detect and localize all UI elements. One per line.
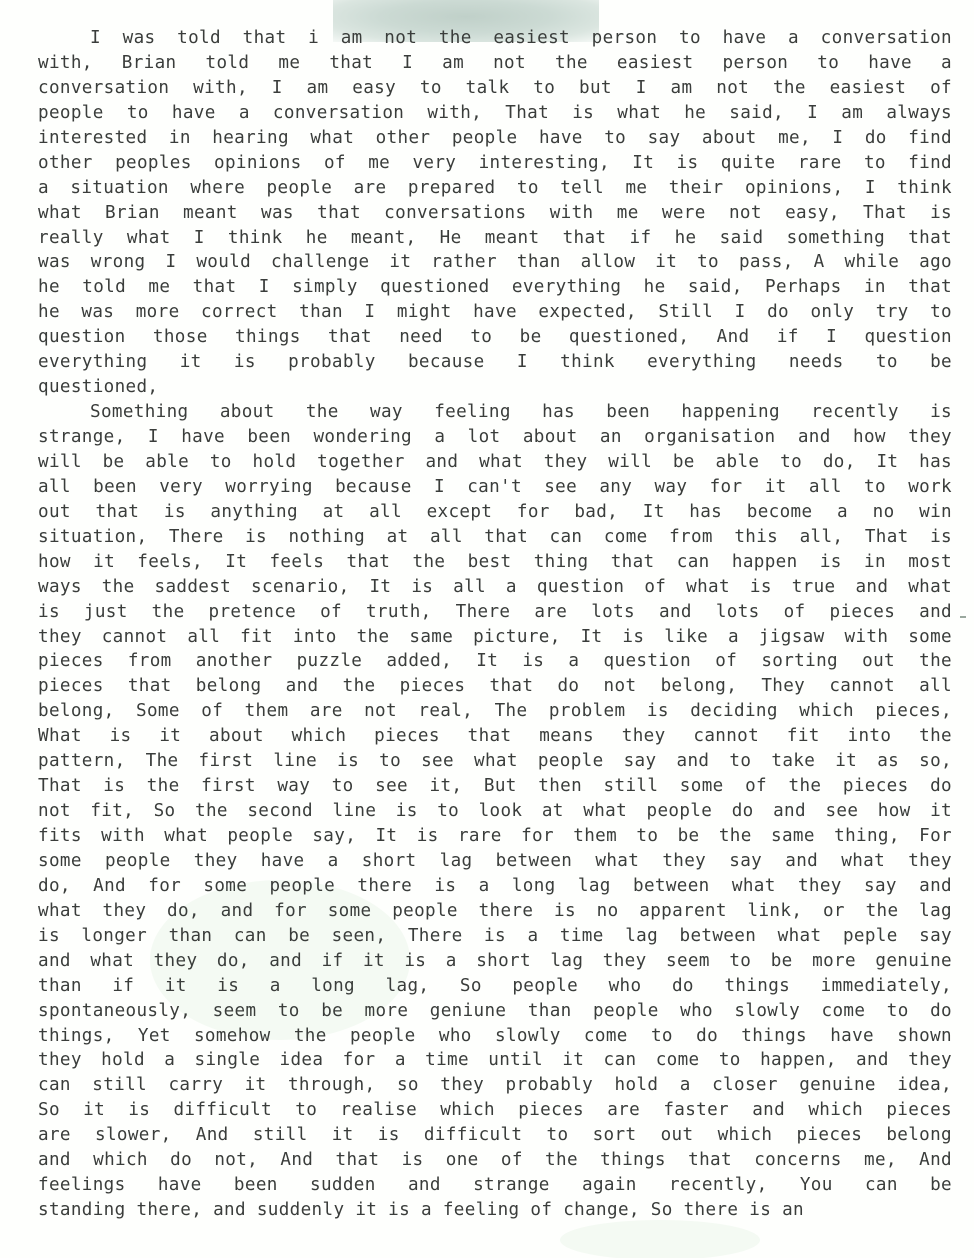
text-line: That is the first way to see it, But the… <box>38 774 952 799</box>
text-line: they cannot all fit into the same pictur… <box>38 625 952 650</box>
text-line: some people they have a short lag betwee… <box>38 849 952 874</box>
text-line: are slower, And still it is difficult to… <box>38 1123 952 1148</box>
paragraph-2: Something about the way feeling has been… <box>38 400 952 1223</box>
paper-smudge <box>560 1220 760 1258</box>
text-line: will be able to hold together and what t… <box>38 450 952 475</box>
text-line: do, And for some people there is a long … <box>38 874 952 899</box>
text-line: and what they do, and if it is a short l… <box>38 949 952 974</box>
text-line: belong, Some of them are not real, The p… <box>38 699 952 724</box>
text-line: people to have a conversation with, That… <box>38 101 952 126</box>
text-line: they hold a single idea for a time until… <box>38 1048 952 1073</box>
text-line: is longer than can be seen, There is a t… <box>38 924 952 949</box>
text-line: a situation where people are prepared to… <box>38 176 952 201</box>
text-line: was wrong I would challenge it rather th… <box>38 250 952 275</box>
text-line: ways the saddest scenario, It is all a q… <box>38 575 952 600</box>
text-line: pieces from another puzzle added, It is … <box>38 649 952 674</box>
text-line: Something about the way feeling has been… <box>38 400 952 425</box>
text-line: interested in hearing what other people … <box>38 126 952 151</box>
text-line: what Brian meant was that conversations … <box>38 201 952 226</box>
text-line: So it is difficult to realise which piec… <box>38 1098 952 1123</box>
text-line: than if it is a long lag, So people who … <box>38 974 952 999</box>
text-line: situation, There is nothing at all that … <box>38 525 952 550</box>
text-line: he told me that I simply questioned ever… <box>38 275 952 300</box>
text-line: everything it is probably because I thin… <box>38 350 952 375</box>
text-line: pieces that belong and the pieces that d… <box>38 674 952 699</box>
text-line: out that is anything at all except for b… <box>38 500 952 525</box>
text-line: things, Yet somehow the people who slowl… <box>38 1024 952 1049</box>
text-line: What is it about which pieces that means… <box>38 724 952 749</box>
text-line: spontaneously, seem to be more geniune t… <box>38 999 952 1024</box>
text-line: conversation with, I am easy to talk to … <box>38 76 952 101</box>
text-line: how it feels, It feels that the best thi… <box>38 550 952 575</box>
text-line: strange, I have been wondering a lot abo… <box>38 425 952 450</box>
text-line: questioned, <box>38 375 952 400</box>
text-line: question those things that need to be qu… <box>38 325 952 350</box>
text-line: other peoples opinions of me very intere… <box>38 151 952 176</box>
text-line: really what I think he meant, He meant t… <box>38 226 952 251</box>
text-line: and which do not, And that is one of the… <box>38 1148 952 1173</box>
text-line: with, Brian told me that I am not the ea… <box>38 51 952 76</box>
text-line: fits with what people say, It is rare fo… <box>38 824 952 849</box>
text-line: standing there, and suddenly it is a fee… <box>38 1198 952 1223</box>
text-line: all been very worrying because I can't s… <box>38 475 952 500</box>
text-line: is just the pretence of truth, There are… <box>38 600 952 625</box>
text-line: not fit, So the second line is to look a… <box>38 799 952 824</box>
text-line: pattern, The first line is to see what p… <box>38 749 952 774</box>
paragraph-1: I was told that i am not the easiest per… <box>38 26 952 400</box>
text-line: can still carry it through, so they prob… <box>38 1073 952 1098</box>
margin-mark <box>960 616 966 618</box>
text-line: I was told that i am not the easiest per… <box>38 26 952 51</box>
text-line: feelings have been sudden and strange ag… <box>38 1173 952 1198</box>
text-line: what they do, and for some people there … <box>38 899 952 924</box>
text-line: he was more correct than I might have ex… <box>38 300 952 325</box>
typed-page: I was told that i am not the easiest per… <box>38 26 952 1223</box>
